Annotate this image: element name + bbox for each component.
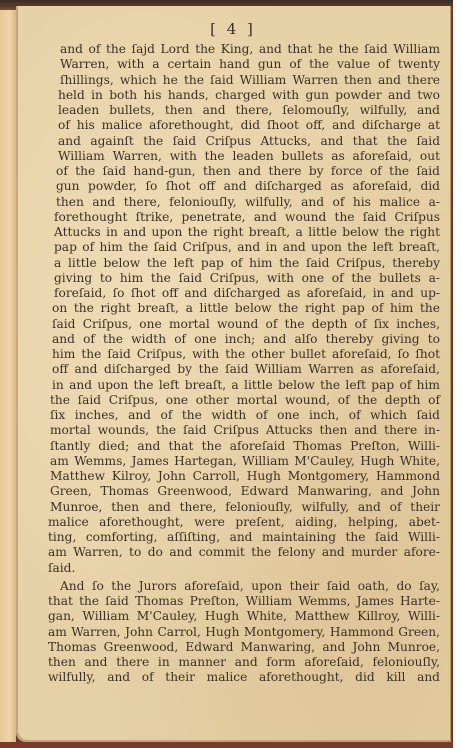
text-line: ſaid. — [48, 561, 440, 576]
text-line: pap of him the ſaid Criſpus, and in and … — [54, 240, 440, 255]
text-line: of the ſaid hand-gun, then and there by … — [56, 164, 440, 179]
text-line: foreſaid, ſo ſhot off and diſcharged as … — [54, 286, 440, 301]
text-line: Thomas Greenwood, Edward Manwaring, and … — [48, 640, 440, 655]
body-text: and of the ſajd Lord the King, and that … — [60, 42, 440, 686]
left-facing-page-edge — [0, 10, 16, 742]
bottom-binding-edge — [0, 742, 453, 748]
text-line: off and diſcharged by the ſaid William W… — [52, 362, 440, 377]
text-line: Matthew Kilroy, John Carroll, Hugh Montg… — [50, 469, 440, 484]
text-line: ſaid Criſpus, one mortal wound of the de… — [52, 317, 440, 332]
text-line: in and upon the left breaſt, a little be… — [52, 378, 440, 393]
text-line: am Warren, John Carrol, Hugh Montgomery,… — [48, 625, 440, 640]
scanned-page-background: [ 4 ] and of the ſajd Lord the King, and… — [0, 0, 453, 748]
text-line: mortal wounds, the ſaid Criſpus Attucks … — [50, 423, 440, 438]
text-line: a little below the left pap of him the ſ… — [54, 256, 440, 271]
text-line: ſhillings, which he the ſaid William War… — [60, 73, 440, 88]
text-line: and of the ſajd Lord the King, and that … — [60, 42, 440, 57]
text-line: him the ſaid Criſpus, with the other bul… — [52, 347, 440, 362]
text-line: gan, William M'Cauley, Hugh White, Matth… — [48, 609, 440, 624]
text-line: and againſt the ſaid Criſpus Attucks, an… — [58, 134, 440, 149]
text-line: giving to him the ſaid Criſpus, with one… — [54, 271, 440, 286]
page-number: [ 4 ] — [16, 20, 450, 38]
text-line: of his malice aforethought, did ſhoot of… — [58, 118, 440, 133]
text-line: then and there in manner and form aforeſ… — [48, 655, 440, 670]
text-line: malice aforethought, were preſent, aidin… — [48, 515, 440, 530]
text-line: the ſaid Criſpus, one other mortal wound… — [50, 393, 440, 408]
text-line: Warren, with a certain hand gun of the v… — [60, 57, 440, 72]
text-line: ſtantly died; and that the aforeſaid Tho… — [50, 439, 440, 454]
text-line: and of the width of one inch; and alſo t… — [52, 332, 440, 347]
text-line: Attucks in and upon the right breaſt, a … — [54, 225, 440, 240]
text-line: then and there, feloniouſly, wilfully, a… — [56, 195, 440, 210]
text-line: forethought ſtrike, penetrate, and wound… — [54, 210, 440, 225]
text-line: leaden bullets, then and there, ſelomouſ… — [58, 103, 440, 118]
document-page: [ 4 ] and of the ſajd Lord the King, and… — [16, 6, 451, 742]
text-line: ſix inches, and of the width of one inch… — [50, 408, 440, 423]
text-line: am Warren, to do and commit the felony a… — [48, 545, 440, 560]
text-line: Green, Thomas Greenwood, Edward Manwarin… — [50, 484, 440, 499]
text-line: William Warren, with the leaden bullets … — [58, 149, 440, 164]
text-line: am Wemms, James Hartegan, William M'Caul… — [50, 454, 440, 469]
text-line: held in both his hands, charged with gun… — [58, 88, 440, 103]
text-line: that the ſaid Thomas Preſton, William We… — [48, 594, 440, 609]
text-line: on the right breaſt, a little below the … — [52, 301, 440, 316]
text-line: wilfully, and of their malice aforethoug… — [48, 670, 440, 685]
text-line: ting, comforting, aſſiſting, and maintai… — [48, 530, 440, 545]
text-line: gun powder, ſo ſhot off and diſcharged a… — [56, 179, 440, 194]
paragraph-start-line: And ſo the Jurors aforeſaid, upon their … — [48, 579, 440, 594]
text-line: Munroe, then and there, feloniouſly, wil… — [50, 500, 440, 515]
